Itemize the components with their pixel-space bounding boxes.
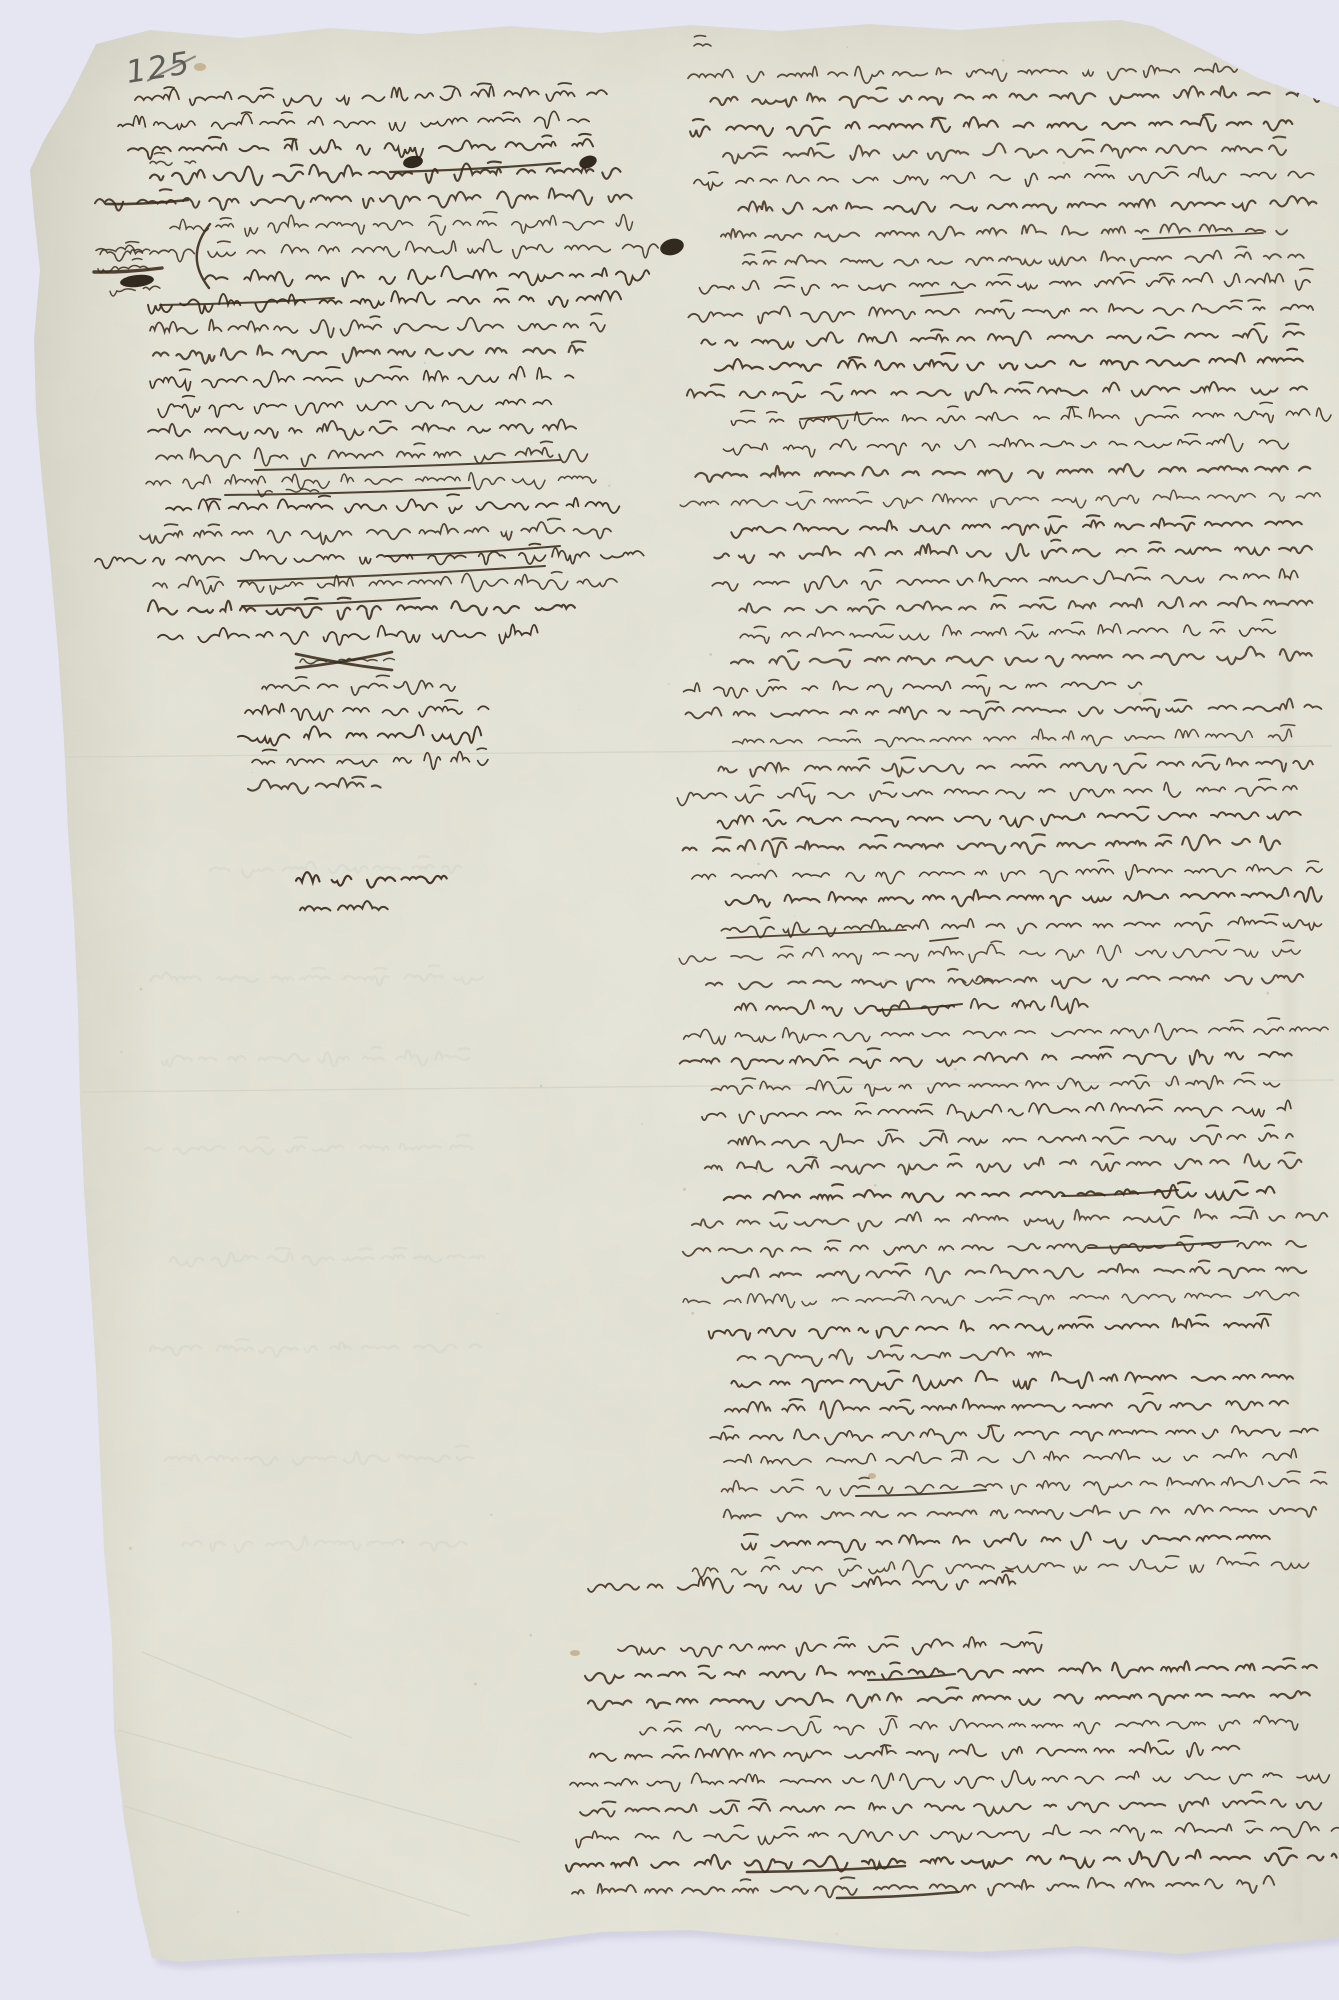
manuscript-scan: 125 — [0, 0, 1339, 2000]
manuscript-canvas — [0, 0, 1339, 2000]
paper-sheet — [0, 0, 1339, 2000]
